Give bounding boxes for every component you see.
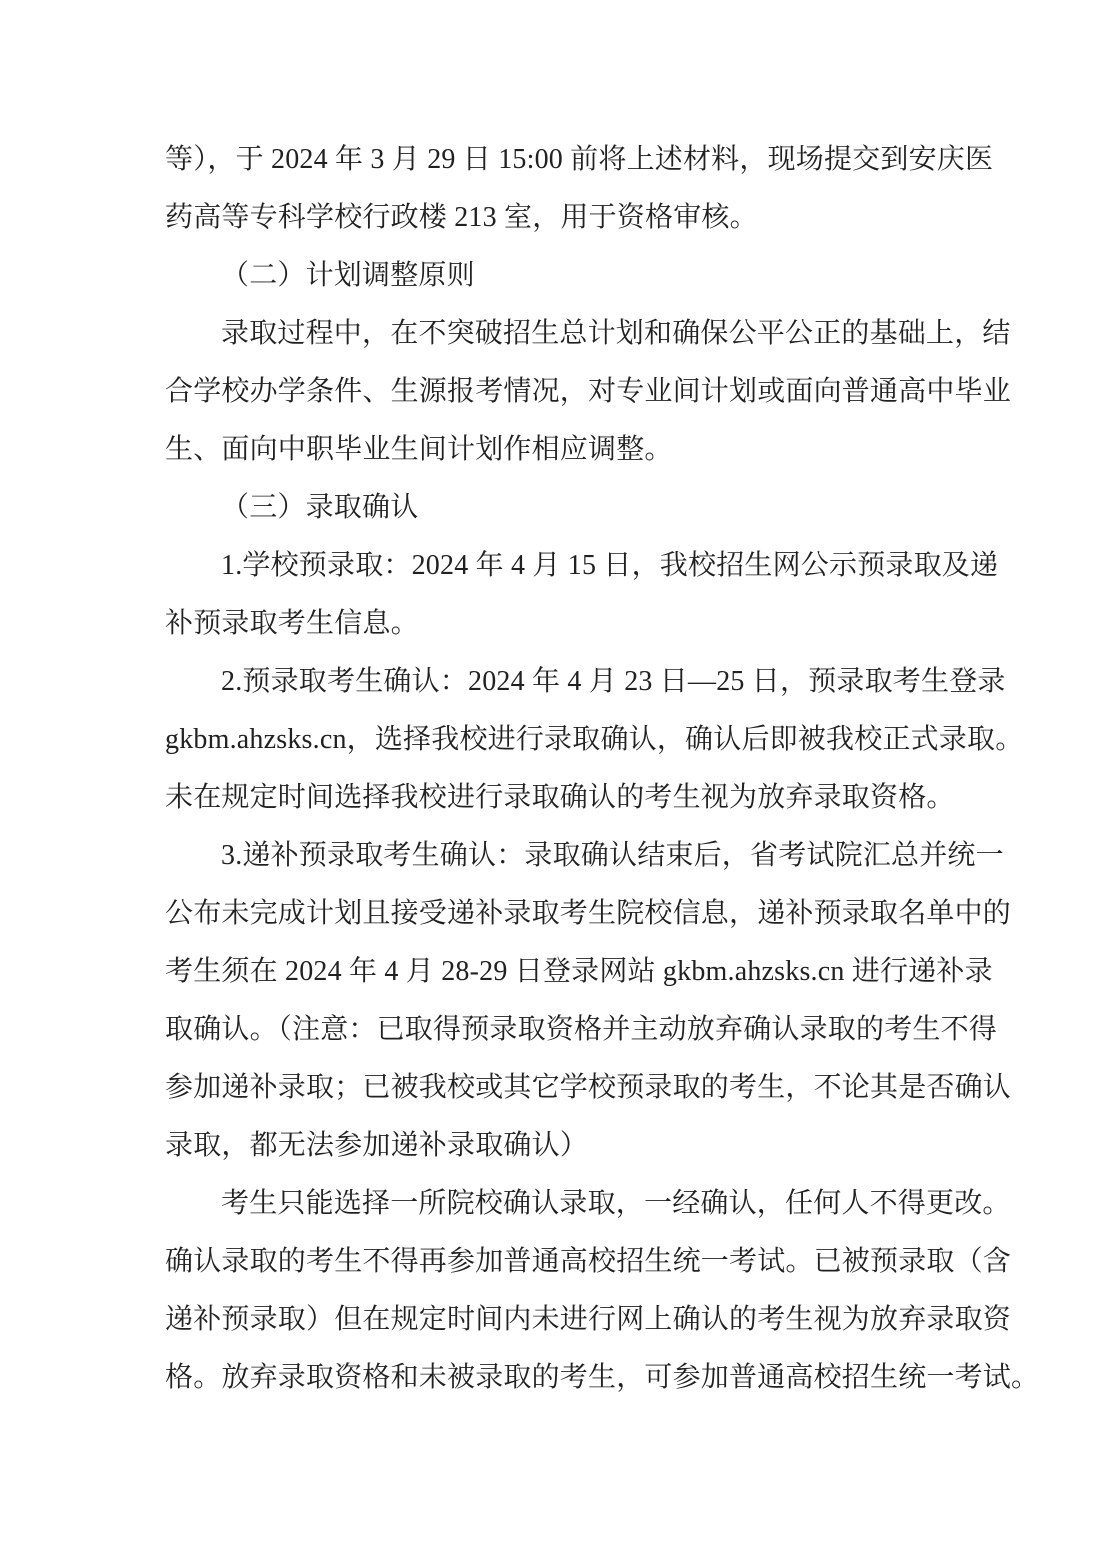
body-line: 考生须在 2024 年 4 月 28-29 日登录网站 gkbm.ahzsks.…: [165, 943, 943, 1001]
body-line: 等），于 2024 年 3 月 29 日 15:00 前将上述材料，现场提交到安…: [165, 131, 943, 189]
body-line: 补预录取考生信息。: [165, 595, 943, 653]
body-line: 药高等专科学校行政楼 213 室，用于资格审核。: [165, 189, 943, 247]
document-text-block: 等），于 2024 年 3 月 29 日 15:00 前将上述材料，现场提交到安…: [165, 131, 943, 1407]
body-line: 未在规定时间选择我校进行录取确认的考生视为放弃录取资格。: [165, 769, 943, 827]
body-line: 1.学校预录取：2024 年 4 月 15 日，我校招生网公示预录取及递: [165, 537, 943, 595]
body-line: 2.预录取考生确认：2024 年 4 月 23 日—25 日，预录取考生登录: [165, 653, 943, 711]
body-line: 3.递补预录取考生确认：录取确认结束后，省考试院汇总并统一: [165, 827, 943, 885]
body-line: 考生只能选择一所院校确认录取，一经确认，任何人不得更改。: [165, 1175, 943, 1233]
section-heading: （二）计划调整原则: [165, 247, 943, 305]
body-line: gkbm.ahzsks.cn，选择我校进行录取确认，确认后即被我校正式录取。: [165, 711, 943, 769]
body-line: 录取，都无法参加递补录取确认）: [165, 1117, 943, 1175]
body-line: 合学校办学条件、生源报考情况，对专业间计划或面向普通高中毕业: [165, 363, 943, 421]
document-page: 等），于 2024 年 3 月 29 日 15:00 前将上述材料，现场提交到安…: [0, 0, 1102, 1559]
body-line: 参加递补录取；已被我校或其它学校预录取的考生，不论其是否确认: [165, 1059, 943, 1117]
body-line: 格。放弃录取资格和未被录取的考生，可参加普通高校招生统一考试。: [165, 1349, 943, 1407]
section-heading: （三）录取确认: [165, 479, 943, 537]
body-line: 生、面向中职毕业生间计划作相应调整。: [165, 421, 943, 479]
body-line: 公布未完成计划且接受递补录取考生院校信息，递补预录取名单中的: [165, 885, 943, 943]
body-line: 录取过程中，在不突破招生总计划和确保公平公正的基础上，结: [165, 305, 943, 363]
body-line: 递补预录取）但在规定时间内未进行网上确认的考生视为放弃录取资: [165, 1291, 943, 1349]
body-line: 取确认。（注意：已取得预录取资格并主动放弃确认录取的考生不得: [165, 1001, 943, 1059]
body-line: 确认录取的考生不得再参加普通高校招生统一考试。已被预录取（含: [165, 1233, 943, 1291]
